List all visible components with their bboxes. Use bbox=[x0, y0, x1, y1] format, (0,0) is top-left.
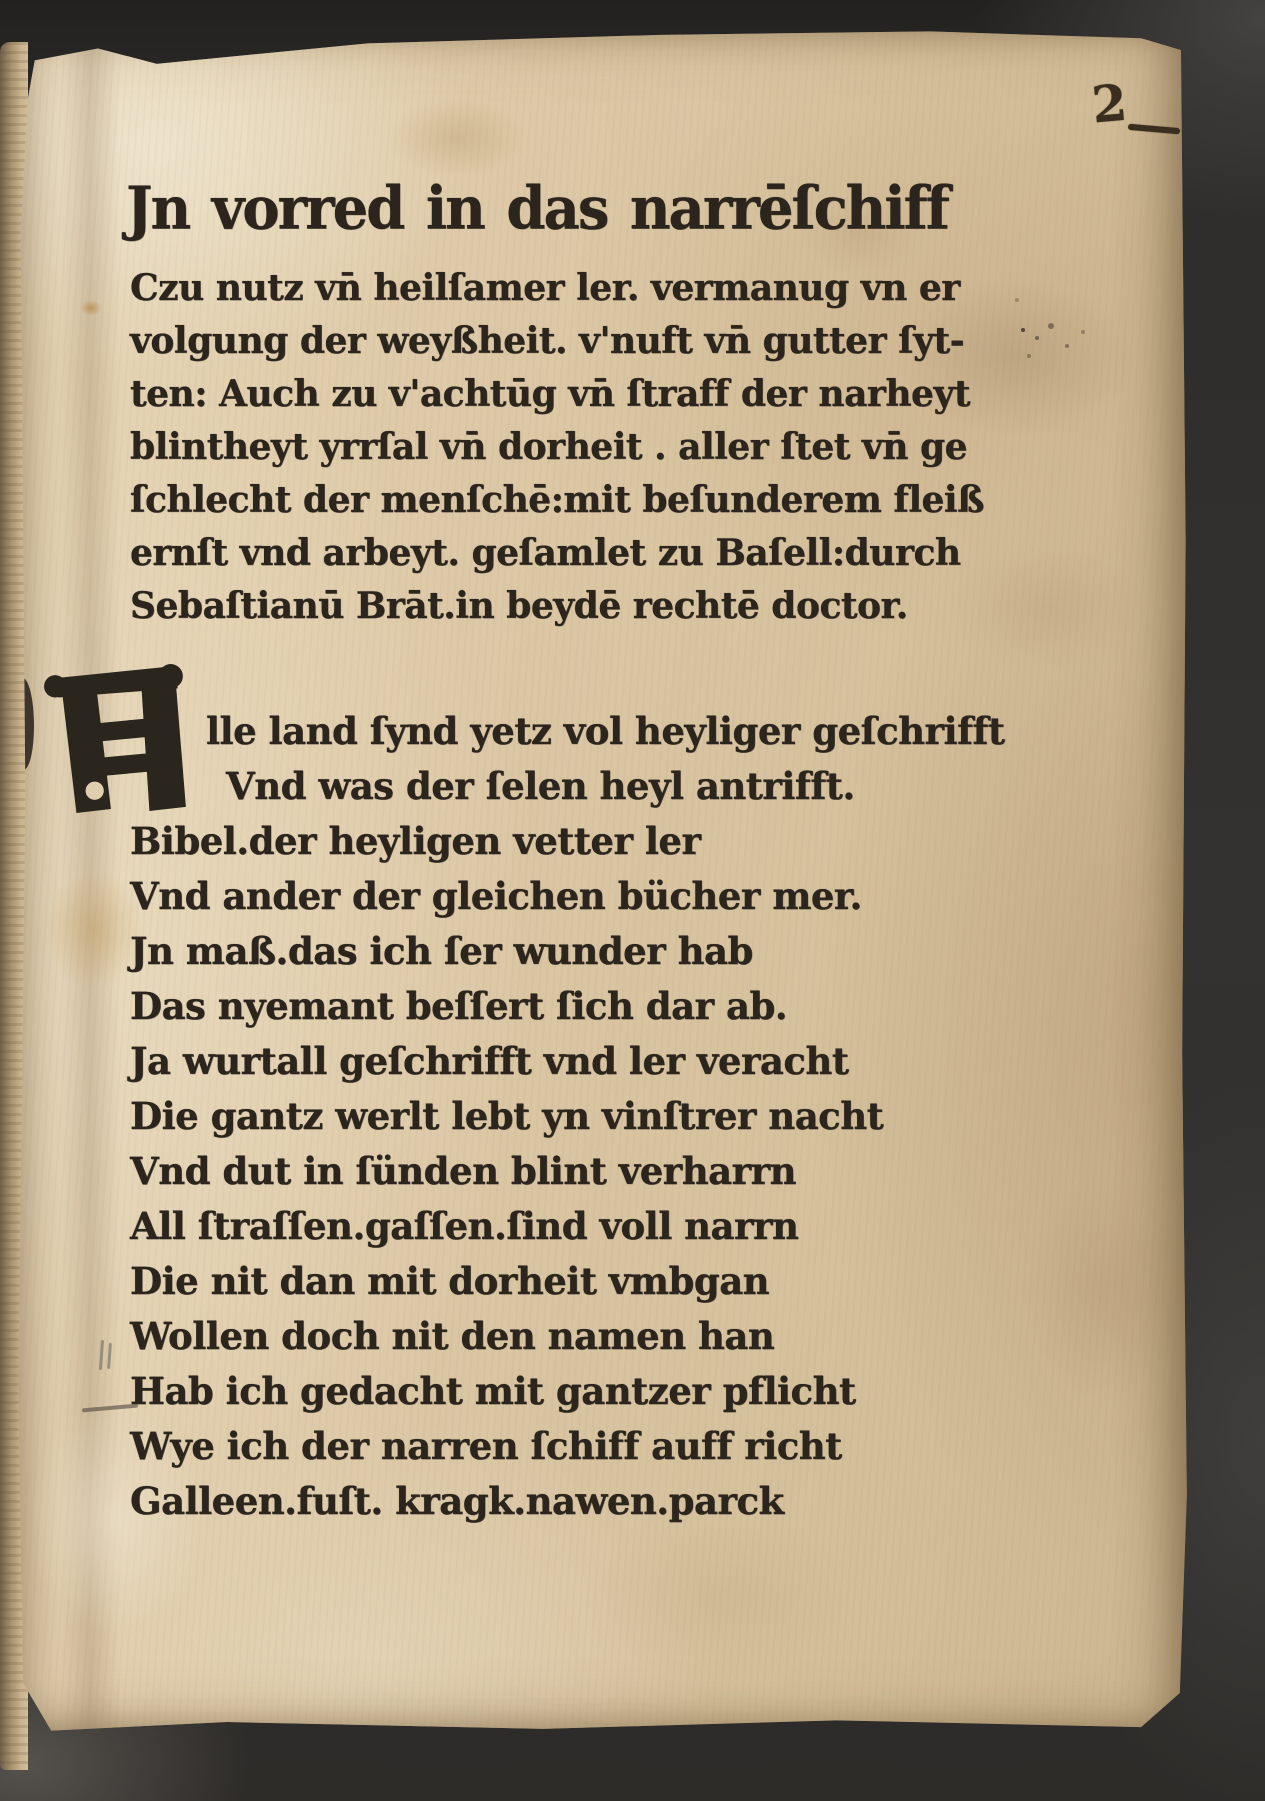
stain bbox=[44, 870, 144, 990]
prose-line: blintheyt yrrſal vn̄ dorheit . aller ſte… bbox=[130, 421, 984, 474]
prose-line: ten: Auch zu v'achtūg vn̄ ſtraff der nar… bbox=[130, 368, 984, 421]
ink-speckles bbox=[1021, 328, 1025, 332]
book-page: 2 Jn vorred in das narrēſchiff Czu nutz … bbox=[16, 28, 1188, 1734]
verse-line: Hab ich gedacht mit gantzer pflicht bbox=[130, 1364, 1005, 1419]
prose-line: ſchlecht der menſchē:mit beſunderem flei… bbox=[130, 474, 984, 527]
verse-line: lle land ſynd yetz vol heyliger geſchrif… bbox=[206, 704, 1005, 759]
scanned-book-photo: { "page": { "folio_number": "2", "headin… bbox=[0, 0, 1265, 1801]
verse-line: Die gantz werlt lebt yn vinſtrer nacht bbox=[130, 1089, 1005, 1144]
verse-line: Wollen doch nit den namen han bbox=[130, 1309, 1005, 1364]
page-title: Jn vorred in das narrēſchiff bbox=[126, 174, 948, 243]
preface-prose-block: Czu nutz vn̄ heilſamer ler. vermanug vn … bbox=[130, 262, 984, 633]
verse-line: Das nyemant beſſert ſich dar ab. bbox=[130, 979, 1005, 1034]
verse-line: Galleen.fuſt. kragk.nawen.parck bbox=[130, 1474, 1005, 1529]
prose-line: ernſt vnd arbeyt. geſamlet zu Baſell:dur… bbox=[130, 527, 984, 580]
verse-line: Wye ich der narren ſchiff auff richt bbox=[130, 1419, 1005, 1474]
verse-line: Die nit dan mit dorheit vmbgan bbox=[130, 1254, 1005, 1309]
verse-line: Vnd was der ſelen heyl antrifft. bbox=[226, 759, 1005, 814]
verse-line: Vnd dut in ſünden blint verharrn bbox=[130, 1144, 1005, 1199]
pencil-mark bbox=[100, 1340, 116, 1372]
prose-line: volgung der weyßheit. v'nuft vn̄ gutter … bbox=[130, 315, 984, 368]
prose-line: Sebaſtianū Brāt.in beydē rechtē doctor. bbox=[130, 580, 984, 633]
verse-line: All ſtraſſen.gaſſen.ſind voll narrn bbox=[130, 1199, 1005, 1254]
folio-digit: 2 bbox=[1089, 73, 1129, 135]
stain bbox=[80, 300, 102, 316]
verse-line: Jn maß.das ich ſer wunder hab bbox=[130, 924, 1005, 979]
verse-line: Bibel.der heyligen vetter ler bbox=[130, 814, 1005, 869]
folio-underline-stroke bbox=[1128, 124, 1180, 135]
gutter-shadow bbox=[60, 28, 120, 1734]
verse-block: lle land ſynd yetz vol heyliger geſchrif… bbox=[130, 704, 1005, 1529]
verse-line: Ja wurtall geſchrifft vnd ler veracht bbox=[130, 1034, 1005, 1089]
stain bbox=[386, 98, 526, 178]
verse-line: Vnd ander der gleichen bücher mer. bbox=[130, 869, 1005, 924]
prose-line: Czu nutz vn̄ heilſamer ler. vermanug vn … bbox=[130, 262, 984, 315]
folio-number: 2 bbox=[1092, 74, 1202, 152]
